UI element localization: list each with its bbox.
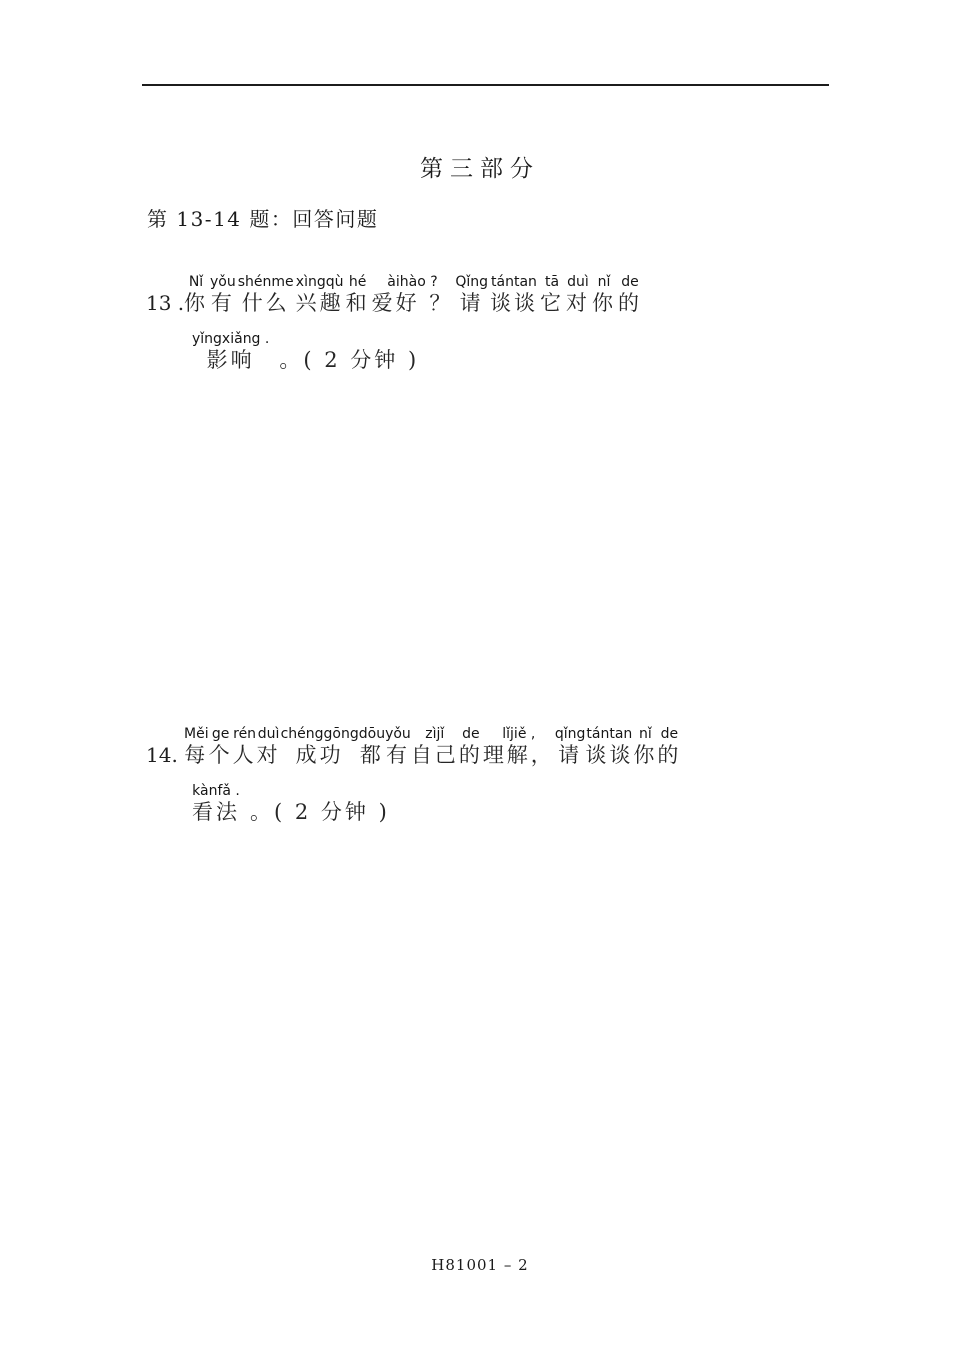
ruby-unit: yǒu 有 (385, 726, 411, 768)
ruby-units: yǐngxiǎng . 影响 (192, 331, 269, 373)
ruby-unit: yǒu 有 (210, 274, 236, 316)
hanzi-text: 成功 (296, 743, 344, 768)
pinyin-text: nǐ (639, 726, 652, 743)
pinyin-text: ge (212, 726, 230, 743)
hanzi-text: 你 (184, 291, 208, 316)
ruby-unit: àihào ? 爱好 ？ (372, 274, 454, 316)
question-line: yǐngxiǎng . 影响 。( 2 分钟 ) (192, 331, 960, 373)
ruby-unit: yǐngxiǎng . 影响 (192, 331, 269, 373)
ruby-unit: de 的 (618, 274, 642, 316)
pinyin-text: zìjǐ (425, 726, 444, 743)
pinyin-text: hé (349, 274, 367, 291)
ruby-unit: shénme 什么 (238, 274, 294, 316)
ruby-unit: dōu 都 (359, 726, 385, 768)
duration-note: 。( 2 分钟 ) (279, 348, 419, 373)
ruby-unit: lǐjiě , 理解， (483, 726, 555, 768)
pinyin-text: xìngqù (296, 274, 344, 291)
question-number: 13 . (146, 291, 184, 316)
ruby-unit: tántan 谈谈 (585, 726, 633, 768)
pinyin-text: qǐng (555, 726, 586, 743)
hanzi-text: 的 (618, 291, 642, 316)
hanzi-text: 有 (386, 743, 410, 768)
pinyin-text: tā (545, 274, 559, 291)
pinyin-text: tántan (586, 726, 632, 743)
hanzi-text: 的 (459, 743, 483, 768)
hanzi-text: 有 (211, 291, 235, 316)
hanzi-text: 理解， (483, 743, 555, 768)
questions: 13 . Nǐ 你 yǒu 有 shénme 什么 xìngqù 兴趣 hé 和… (0, 274, 960, 825)
pinyin-text: de (661, 726, 679, 743)
ruby-unit: kànfǎ . 看法 (192, 783, 240, 825)
section-title: 第三部分 (0, 150, 960, 183)
ruby-unit: Nǐ 你 (184, 274, 208, 316)
hanzi-text: 对 (566, 291, 590, 316)
page-footer: H81001 – 2 (0, 1256, 960, 1274)
ruby-units: kànfǎ . 看法 (192, 783, 240, 825)
pinyin-text: yǐngxiǎng . (192, 331, 269, 348)
question-14: 14. Měi 每 ge 个 rén 人 duì 对 chénggōng 成功 … (0, 726, 960, 825)
pinyin-text: shénme (238, 274, 294, 291)
hanzi-text: 谈谈 (585, 743, 633, 768)
hanzi-text: 你 (633, 743, 657, 768)
pinyin-text: dōu (359, 726, 385, 743)
ruby-unit: nǐ 你 (633, 726, 657, 768)
hanzi-text: 兴趣 (296, 291, 344, 316)
pinyin-text: kànfǎ . (192, 783, 240, 800)
hanzi-text: 人 (233, 743, 257, 768)
ruby-unit: rén 人 (233, 726, 257, 768)
question-number: 14. (146, 743, 184, 768)
ruby-unit: xìngqù 兴趣 (296, 274, 344, 316)
ruby-units: Měi 每 ge 个 rén 人 duì 对 chénggōng 成功 dōu … (184, 726, 681, 768)
pinyin-text: Nǐ (189, 274, 203, 291)
hanzi-text: 爱好 ？ (372, 291, 454, 316)
ruby-unit: nǐ 你 (592, 274, 616, 316)
ruby-unit: de 的 (657, 726, 681, 768)
ruby-unit: zìjǐ 自己 (411, 726, 459, 768)
question-line: 14. Měi 每 ge 个 rén 人 duì 对 chénggōng 成功 … (146, 726, 642, 768)
hanzi-text: 请 (460, 291, 484, 316)
pinyin-text: Měi (184, 726, 209, 743)
hanzi-text: 每 (184, 743, 208, 768)
pinyin-text: de (621, 274, 639, 291)
pinyin-text: lǐjiě , (502, 726, 535, 743)
ruby-unit: Qǐng 请 (455, 274, 488, 316)
instructions-heading: 第 13-14 题：回答问题 (147, 203, 378, 232)
hanzi-text: 谈谈 (490, 291, 538, 316)
pinyin-text: yǒu (210, 274, 236, 291)
pinyin-text: àihào ? (387, 274, 437, 291)
hanzi-text: 和 (346, 291, 370, 316)
pinyin-text: duì (567, 274, 589, 291)
hanzi-text: 个 (209, 743, 233, 768)
ruby-unit: tántan 谈谈 (490, 274, 538, 316)
ruby-unit: de 的 (459, 726, 483, 768)
question-13: 13 . Nǐ 你 yǒu 有 shénme 什么 xìngqù 兴趣 hé 和… (0, 274, 960, 373)
hanzi-text: 你 (592, 291, 616, 316)
hanzi-text: 自己 (411, 743, 459, 768)
ruby-unit: Měi 每 (184, 726, 209, 768)
exam-page: 第三部分 第 13-14 题：回答问题 13 . Nǐ 你 yǒu 有 shén… (0, 0, 960, 1358)
ruby-unit: duì 对 (257, 726, 281, 768)
question-line: kànfǎ . 看法 。( 2 分钟 ) (192, 783, 960, 825)
header-rule (142, 84, 829, 86)
pinyin-text: tántan (491, 274, 537, 291)
hanzi-text: 请 (558, 743, 582, 768)
pinyin-text: chénggōng (281, 726, 359, 743)
ruby-unit: hé 和 (346, 274, 370, 316)
hanzi-text: 看法 (192, 800, 240, 825)
ruby-unit: ge 个 (209, 726, 233, 768)
pinyin-text: rén (233, 726, 256, 743)
duration-note: 。( 2 分钟 ) (250, 800, 390, 825)
ruby-unit: qǐng 请 (555, 726, 586, 768)
ruby-unit: duì 对 (566, 274, 590, 316)
question-line: 13 . Nǐ 你 yǒu 有 shénme 什么 xìngqù 兴趣 hé 和… (146, 274, 642, 316)
hanzi-text: 都 (360, 743, 384, 768)
hanzi-text: 它 (540, 291, 564, 316)
hanzi-text: 影响 (207, 348, 255, 373)
hanzi-text: 什么 (242, 291, 290, 316)
ruby-units: Nǐ 你 yǒu 有 shénme 什么 xìngqù 兴趣 hé 和 àihà… (184, 274, 642, 316)
ruby-unit: tā 它 (540, 274, 564, 316)
hanzi-text: 对 (257, 743, 281, 768)
pinyin-text: duì (258, 726, 280, 743)
pinyin-text: yǒu (385, 726, 411, 743)
pinyin-text: de (462, 726, 480, 743)
ruby-unit: chénggōng 成功 (281, 726, 359, 768)
pinyin-text: nǐ (598, 274, 611, 291)
hanzi-text: 的 (657, 743, 681, 768)
pinyin-text: Qǐng (455, 274, 488, 291)
